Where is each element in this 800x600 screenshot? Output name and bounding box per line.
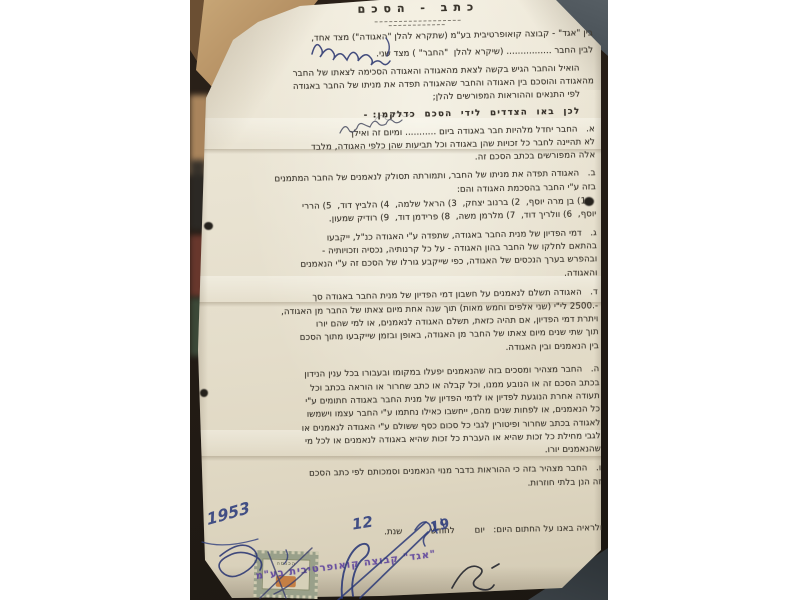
document-line: בין "אגד" - קבוצה קואופרטיבית בע"מ (שתקר… — [311, 28, 593, 44]
document-photo: כתב - הסכם בין "אגד" - קבוצה קואופרטיבית… — [190, 0, 608, 600]
punch-hole-dot — [204, 222, 213, 230]
document-line: אלה המפורשים בכתב הסכם זה. — [475, 150, 596, 163]
punch-hole-dot — [200, 389, 208, 397]
document-line: בזה ע"י החבר בהסכמת האגודה והם: — [457, 182, 596, 196]
document-body: בין "אגד" - קבוצה קואופרטיבית בע"מ (שתקר… — [190, 0, 608, 600]
photographed-agreement-page: כתב - הסכם בין "אגד" - קבוצה קואופרטיבית… — [0, 0, 800, 600]
handwritten-month: 12 — [351, 512, 374, 533]
document-line: לפי התנאים וההוראות המפורשים להלן; — [433, 89, 595, 103]
punch-hole-dot — [584, 197, 594, 206]
document-line: זה הנן בלתי חוזרות. — [527, 477, 601, 489]
document-line: ולראיה באנו על החתום היום: יום לחודש שנת… — [384, 523, 603, 538]
document-line: בין הנאמנים ובין האגודה. — [505, 341, 599, 354]
document-line: והאגודה. — [564, 268, 598, 280]
document-line: לכן באו הצדדים לידי הסכם כדלקמן: - — [364, 106, 595, 121]
typewritten-text-layer: כתב - הסכם בין "אגד" - קבוצה קואופרטיבית… — [190, 0, 608, 600]
document-line: לבין החבר ................ (שיקרא להלן "… — [376, 45, 593, 60]
document-line: יוסף, 6) וולריך דוד, 7) מלרמן משה, 8) פר… — [329, 209, 597, 225]
document-line: שהנאמנים יורו. — [545, 444, 601, 456]
